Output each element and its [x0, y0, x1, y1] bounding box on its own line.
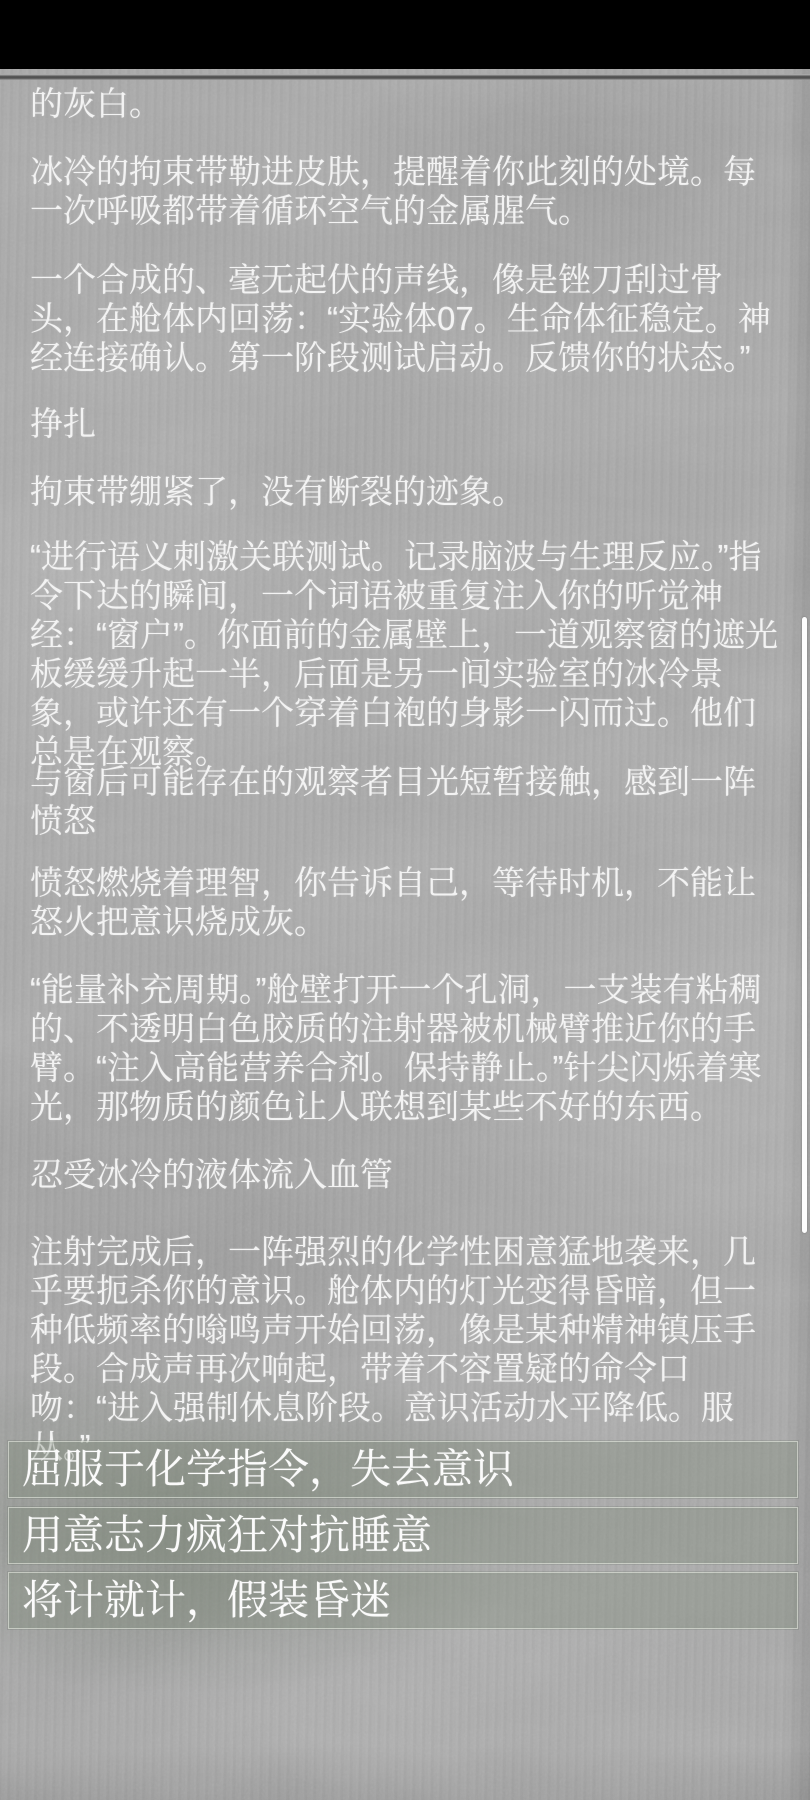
choice-button-3[interactable]: 将计就计，假装昏迷 — [8, 1572, 798, 1629]
content-divider — [0, 74, 810, 80]
story-paragraph: 冰冷的拘束带勒进皮肤，提醒着你此刻的处境。每一次呼吸都带着循环空气的金属腥气。 — [30, 152, 782, 230]
choice-button-1[interactable]: 屈服于化学指令，失去意识 — [8, 1441, 798, 1498]
story-paragraph: 愤怒燃烧着理智，你告诉自己，等待时机，不能让怒火把意识烧成灰。 — [30, 863, 782, 941]
story-paragraph: 的灰白。 — [30, 84, 782, 123]
choice-button-2[interactable]: 用意志力疯狂对抗睡意 — [8, 1507, 798, 1564]
story-paragraph: 拘束带绷紧了，没有断裂的迹象。 — [30, 472, 782, 511]
game-page: 的灰白。 冰冷的拘束带勒进皮肤，提醒着你此刻的处境。每一次呼吸都带着循环空气的金… — [0, 0, 810, 1800]
story-paragraph-player-action: 挣扎 — [30, 404, 782, 443]
story-paragraph: “能量补充周期。”舱壁打开一个孔洞，一支装有粘稠的、不透明白色胶质的注射器被机械… — [30, 970, 782, 1126]
story-paragraph: 注射完成后，一阵强烈的化学性困意猛地袭来，几乎要扼杀你的意识。舱体内的灯光变得昏… — [30, 1232, 782, 1466]
story-paragraph-player-action: 忍受冰冷的液体流入血管 — [30, 1155, 782, 1194]
story-paragraph-player-action: 与窗后可能存在的观察者目光短暂接触，感到一阵愤怒 — [30, 762, 782, 840]
scrollbar-thumb[interactable] — [802, 617, 807, 1233]
story-paragraph: 一个合成的、毫无起伏的声线，像是锉刀刮过骨头，在舱体内回荡：“实验体07。生命体… — [30, 260, 782, 377]
story-paragraph: “进行语义刺激关联测试。记录脑波与生理反应。”指令下达的瞬间，一个词语被重复注入… — [30, 537, 782, 771]
status-bar — [0, 0, 810, 69]
